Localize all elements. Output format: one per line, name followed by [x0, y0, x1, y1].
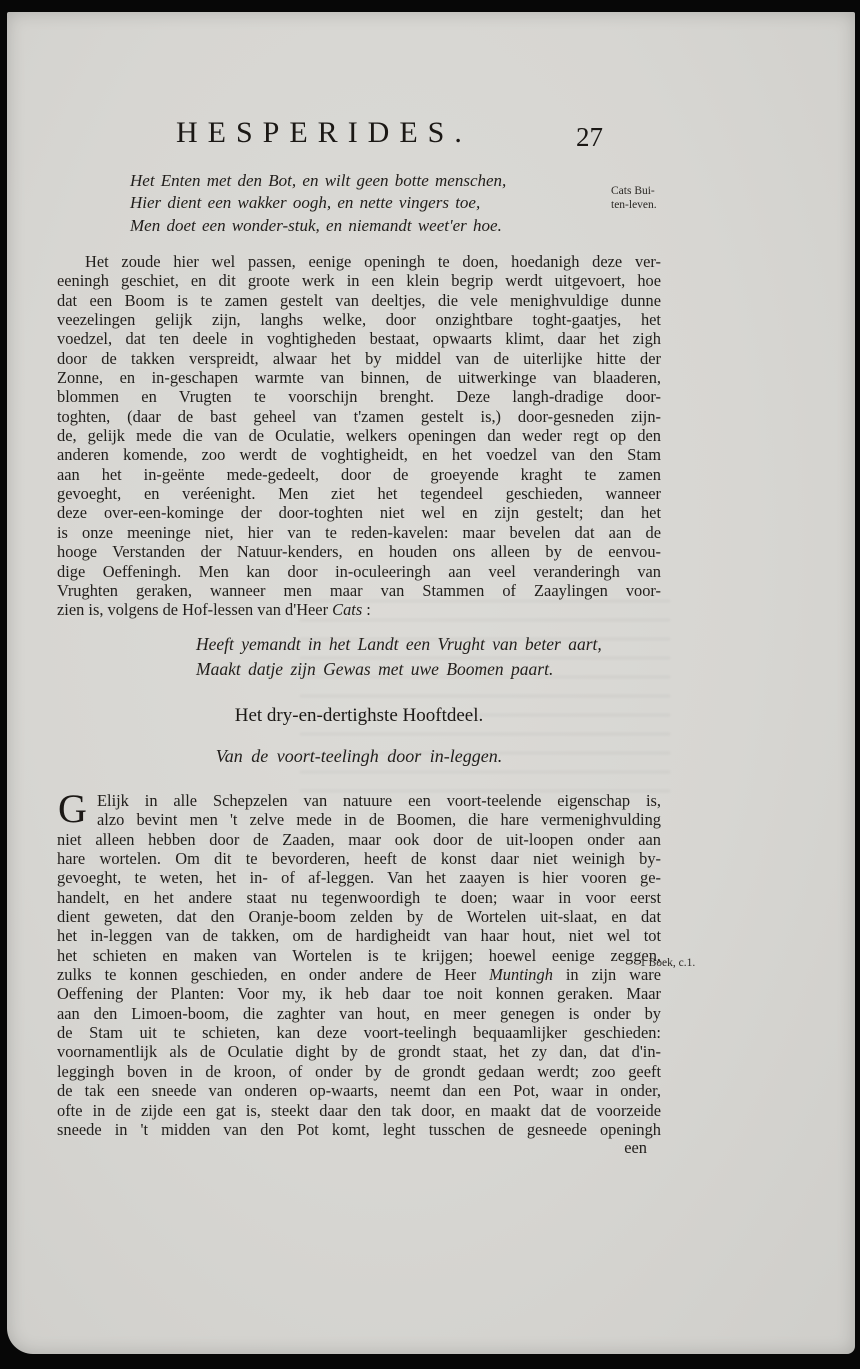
margin-note-line: ten-leven. [611, 199, 657, 213]
text-line: voedzel, dat ten deele in voghtigheden b… [57, 329, 661, 348]
chapter-heading: Het dry-en-dertighste Hooftdeel. [57, 705, 661, 727]
text-line: de, gelijk mede die van de Oculatie, wel… [57, 426, 661, 445]
text-line: zien is, volgens de Hof-lessen van d'Hee… [57, 600, 661, 619]
page-number: 27 [576, 122, 603, 153]
text-line: het schieten en maken van Wortelen is te… [57, 946, 661, 965]
text-line: Zonne, en in-geschapen warmte van binnen… [57, 368, 661, 387]
text-line: Het zoude hier wel passen, eenige openin… [57, 252, 661, 271]
text-line: Elijk in alle Schepzelen van natuure een… [57, 791, 661, 810]
margin-note-line: Cats Bui- [611, 185, 657, 199]
body-paragraph-grafting: Het zoude hier wel passen, eenige openin… [57, 252, 661, 620]
text-line: leggingh boven in de kroon, of onder by … [57, 1062, 661, 1081]
verse-line: Maakt datje zijn Gewas met uwe Boomen pa… [196, 657, 602, 682]
text-line: handelt, en het andere staat nu tegenwoo… [57, 888, 661, 907]
book-photo-page: { "header": { "title": "HESPERIDES.", "p… [0, 0, 860, 1369]
text-line: sneede in 't midden van den Pot komt, le… [57, 1120, 661, 1139]
text-line: anderen komende, zoo werdt de voghtighei… [57, 445, 661, 464]
verse-line: Heeft yemandt in het Landt een Vrught va… [196, 632, 602, 657]
text-line: de Stam uit te schieten, kan deze voort-… [57, 1023, 661, 1042]
text-line: het in-leggen van de takken, om de hardi… [57, 926, 661, 945]
text-line: deze over-een-kominge der door-toghten n… [57, 503, 661, 522]
text-line: alzo bevint men 't zelve mede in de Boom… [57, 810, 661, 829]
verse-quote-couplet: Heeft yemandt in het Landt een Vrught va… [196, 632, 602, 682]
text-line: Oeffening der Planten: Voor my, ik heb d… [57, 984, 661, 1003]
running-header-title: HESPERIDES. [176, 116, 472, 150]
catchword: een [57, 1138, 647, 1158]
verse-line: Hier dient een wakker oogh, en nette vin… [130, 192, 506, 214]
text-line: door de takken verspreidt, alwaar het by… [57, 349, 661, 368]
text-line: gevoeght, te weten, het in- of af-leggen… [57, 868, 661, 887]
verse-quote-cats: Het Enten met den Bot, en wilt geen bott… [130, 170, 506, 237]
text-line: gevoeght, en veréenight. Men ziet het te… [57, 484, 661, 503]
body-paragraph-layering: Elijk in alle Schepzelen van natuure een… [57, 791, 661, 1139]
text-line: aan het in-geënte mede-gedeelt, door de … [57, 465, 661, 484]
text-line: niet alleen hebben door de Zaaden, maar … [57, 830, 661, 849]
text-line: hooge Verstanden der Natuur-kenders, en … [57, 542, 661, 561]
text-line: de tak een sneede van onderen op-waarts,… [57, 1081, 661, 1100]
verse-line: Men doet een wonder-stuk, en niemandt we… [130, 215, 506, 237]
margin-note-boek-reference: 1 Boek, c.1. [640, 957, 695, 971]
margin-note-cats-buitenleven: Cats Bui- ten-leven. [611, 185, 657, 212]
text-line: dige Oeffeningh. Men kan door in-oculeer… [57, 562, 661, 581]
text-line: aan den Limoen-boom, die zaghter van hou… [57, 1004, 661, 1023]
text-line: eeningh geschiet, en dit groote werk in … [57, 271, 661, 290]
verse-line: Het Enten met den Bot, en wilt geen bott… [130, 170, 506, 192]
text-line: voornamentlijk als de Oculatie dight by … [57, 1042, 661, 1061]
text-line: veezelingen gelijk zijn, langhs welke, d… [57, 310, 661, 329]
text-line: is onze meeninge niet, hier van te reden… [57, 523, 661, 542]
text-line: dat een Boom is te zamen gestelt van dee… [57, 291, 661, 310]
text-line: zulks te konnen geschieden, en onder and… [57, 965, 661, 984]
chapter-subtitle: Van de voort-teelingh door in-leggen. [57, 746, 661, 767]
text-line: dient geweten, dat den Oranje-boom zelde… [57, 907, 661, 926]
text-line: Vrughten geraken, wanneer men maar van S… [57, 581, 661, 600]
text-line: hare wortelen. Om dit te bevorderen, hee… [57, 849, 661, 868]
text-line: ofte in de zijde een gat is, steekt daar… [57, 1101, 661, 1120]
text-line: toghten, (daar de bast geheel van t'zame… [57, 407, 661, 426]
text-line: blommen en Vrugten te voorschijn brenght… [57, 387, 661, 406]
